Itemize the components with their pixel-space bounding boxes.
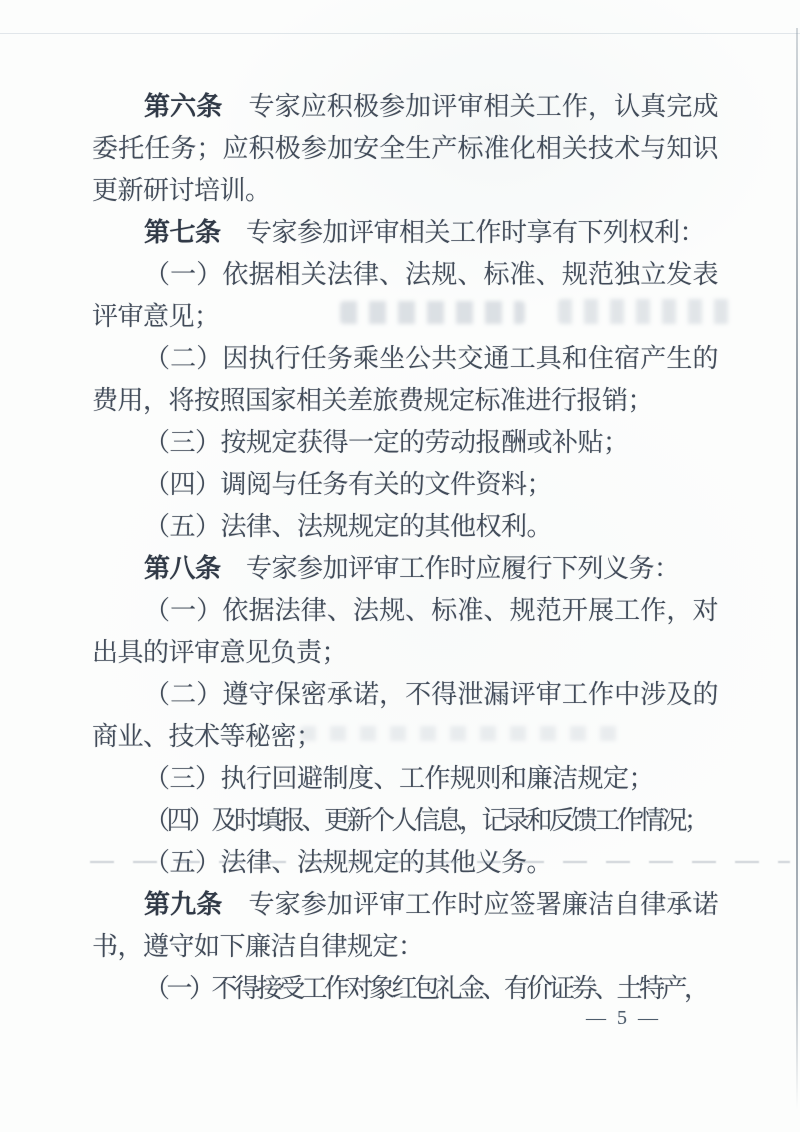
scan-artifact-page-edge (796, 28, 798, 1110)
paragraph-text: （三）执行回避制度、工作规则和廉洁规定； (144, 764, 654, 793)
paragraph-item: （一）依据法律、法规、标准、规范开展工作，对出具的评审意见负责； (92, 590, 718, 674)
paragraph-item: （四）及时填报、更新个人信息，记录和反馈工作情况； (92, 800, 718, 842)
scanned-document-page: 第六条 专家应积极参加评审相关工作，认真完成委托任务；应积极参加安全生产标准化相… (0, 0, 800, 1132)
page-number: — 5 — (586, 1004, 661, 1032)
article-number: 第六条 (144, 92, 222, 121)
paragraph-text: （三）按规定获得一定的劳动报酬或补贴； (144, 428, 629, 457)
paragraph-text: （一）依据相关法律、法规、标准、规范独立发表评审意见； (92, 260, 718, 331)
paragraph-article-7: 第七条 专家参加评审相关工作时享有下列权利： (92, 212, 718, 254)
scan-artifact-top-line (0, 33, 800, 34)
paragraph-text: 专家参加评审相关工作时享有下列权利： (221, 218, 706, 247)
paragraph-item: （四）调阅与任务有关的文件资料； (92, 464, 718, 506)
paragraph-text: （一）依据法律、法规、标准、规范开展工作，对出具的评审意见负责； (92, 596, 718, 667)
paragraph-text: （五）法律、法规规定的其他义务。 (144, 848, 552, 877)
paragraph-item: （二）因执行任务乘坐公共交通工具和住宿产生的费用，将按照国家相关差旅费规定标准进… (92, 338, 718, 422)
paragraph-text: 专家参加评审工作时应履行下列义务： (221, 554, 680, 583)
paragraph-text: （四）及时填报、更新个人信息，记录和反馈工作情况； (144, 806, 707, 835)
paragraph-article-9: 第九条 专家参加评审工作时应签署廉洁自律承诺书，遵守如下廉洁自律规定： (92, 884, 718, 968)
paragraph-item: （五）法律、法规规定的其他义务。 (92, 842, 718, 884)
paragraph-article-6: 第六条 专家应积极参加评审相关工作，认真完成委托任务；应积极参加安全生产标准化相… (92, 86, 718, 212)
document-body: 第六条 专家应积极参加评审相关工作，认真完成委托任务；应积极参加安全生产标准化相… (92, 86, 718, 1010)
paragraph-item: （五）法律、法规规定的其他权利。 (92, 506, 718, 548)
paragraph-text: （五）法律、法规规定的其他权利。 (144, 512, 552, 541)
paragraph-item: （三）执行回避制度、工作规则和廉洁规定； (92, 758, 718, 800)
paragraph-text: （二）遵守保密承诺，不得泄漏评审工作中涉及的商业、技术等秘密； (92, 680, 718, 751)
paragraph-article-8: 第八条 专家参加评审工作时应履行下列义务： (92, 548, 718, 590)
article-number: 第七条 (144, 218, 221, 247)
paragraph-item: （一）依据相关法律、法规、标准、规范独立发表评审意见； (92, 254, 718, 338)
article-number: 第九条 (144, 890, 222, 919)
article-number: 第八条 (144, 554, 221, 583)
paragraph-text: （一）不得接受工作对象红包礼金、有价证券、土特产， (144, 974, 707, 1003)
paragraph-item: （三）按规定获得一定的劳动报酬或补贴； (92, 422, 718, 464)
paragraph-text: （四）调阅与任务有关的文件资料； (144, 470, 552, 499)
paragraph-text: （二）因执行任务乘坐公共交通工具和住宿产生的费用，将按照国家相关差旅费规定标准进… (92, 344, 718, 415)
paragraph-item: （二）遵守保密承诺，不得泄漏评审工作中涉及的商业、技术等秘密； (92, 674, 718, 758)
